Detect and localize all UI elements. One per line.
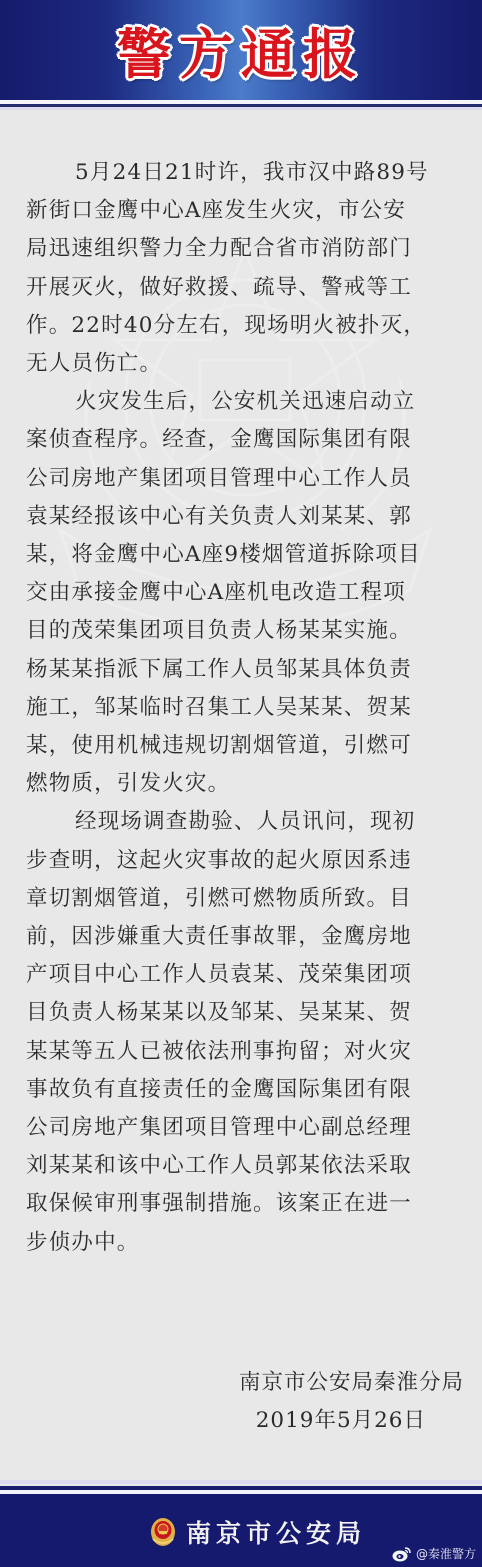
text-line: 燃物质，引发火灾。 [26,765,446,803]
text-line: 经现场调查勘验、人员讯问，现初 [26,803,446,841]
text-line: 某某等五人已被依法刑事拘留；对火灾 [26,1033,446,1071]
police-emblem-icon [150,1517,176,1547]
paragraph-2: 火灾发生后，公安机关迅速启动立 案侦查程序。经查，金鹰国际集团有限 公司房地产集… [26,383,446,803]
text-line: 取保候审刑事强制措施。该案正在进一 [26,1185,446,1223]
text-line: 交由承接金鹰中心A座机电改造工程项 [26,574,446,612]
organization-name: 南京市公安局 [186,1514,366,1550]
text-line: 新街口金鹰中心A座发生火灾，市公安 [26,192,446,230]
page-title: 警方通报 [0,20,482,90]
text-line: 章切割烟管道，引燃可燃物质所致。目 [26,880,446,918]
text-line: 公司房地产集团项目管理中心工作人员 [26,460,446,498]
text-line: 火灾发生后，公安机关迅速启动立 [26,383,446,421]
notice-body: 5月24日21时许，我市汉中路89号 新街口金鹰中心A座发生火灾，市公安 局迅速… [26,154,446,1262]
weibo-watermark: @秦淮警方 [392,1545,476,1562]
text-line: 目的茂荣集团项目负责人杨某某实施。 [26,612,446,650]
paragraph-3: 经现场调查勘验、人员讯问，现初 步查明，这起火灾事故的起火原因系违 章切割烟管道… [26,803,446,1261]
signature-block: 南京市公安局秦淮分局 2019年5月26日 [239,1364,464,1440]
header-banner: 警方通报 [0,0,482,100]
text-line: 步查明，这起火灾事故的起火原因系违 [26,842,446,880]
text-line: 5月24日21时许，我市汉中路89号 [26,154,446,192]
footer-divider [0,1480,482,1484]
text-line: 步侦办中。 [26,1224,446,1262]
text-line: 局迅速组织警力全力配合省市消防部门 [26,230,446,268]
text-line: 杨某某指派下属工作人员邹某具体负责 [26,651,446,689]
text-line: 某，将金鹰中心A座9楼烟管道拆除项目 [26,536,446,574]
text-line: 刘某某和该中心工作人员郭某依法采取 [26,1147,446,1185]
text-line: 作。22时40分左右，现场明火被扑灭， [26,307,446,345]
text-line: 公司房地产集团项目管理中心副总经理 [26,1109,446,1147]
text-line: 产项目中心工作人员袁某、茂荣集团项 [26,956,446,994]
weibo-icon [392,1546,412,1562]
paragraph-1: 5月24日21时许，我市汉中路89号 新街口金鹰中心A座发生火灾，市公安 局迅速… [26,154,446,383]
footer-brand: 南京市公安局 [150,1514,366,1550]
text-line: 目负责人杨某某以及邹某、吴某某、贺 [26,994,446,1032]
text-line: 开展灭火，做好救援、疏导、警戒等工 [26,269,446,307]
footer-banner: 南京市公安局 @秦淮警方 [0,1494,482,1567]
text-line: 袁某经报该中心有关负责人刘某某、郭 [26,498,446,536]
text-line: 某，使用机械违规切割烟管道，引燃可 [26,727,446,765]
text-line: 前，因涉嫌重大责任事故罪，金鹰房地 [26,918,446,956]
text-line: 施工，邹某临时召集工人吴某某、贺某 [26,689,446,727]
issuer-name: 南京市公安局秦淮分局 [239,1370,464,1395]
issue-date: 2019年5月26日 [239,1402,464,1440]
weibo-handle: @秦淮警方 [416,1545,476,1562]
text-line: 案侦查程序。经查，金鹰国际集团有限 [26,421,446,459]
header-divider [0,107,482,110]
text-line: 无人员伤亡。 [26,345,446,383]
text-line: 事故负有直接责任的金鹰国际集团有限 [26,1071,446,1109]
